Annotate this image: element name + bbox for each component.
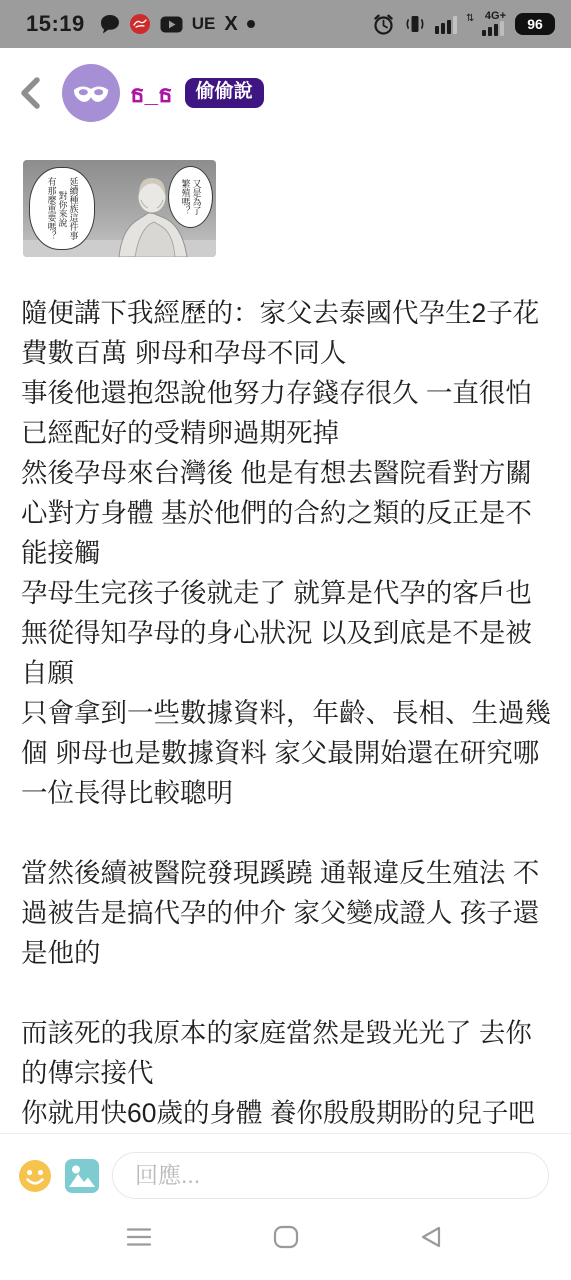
chevron-left-icon	[18, 76, 42, 110]
app-screen: 15:19 UE X	[0, 0, 571, 1280]
smiley-face-icon	[18, 1159, 52, 1193]
post-paragraph: 事後他還抱怨說他努力存錢存很久 一直很怕已經配好的受精卵過期死掉	[21, 373, 555, 453]
post-paragraph: 只會拿到一些數據資料，年齡、長相、生過幾個 卵母也是數據資料 家父最開始還在研究…	[21, 693, 555, 813]
uber-eats-notification-icon: UE	[192, 14, 216, 34]
vibrate-mode-icon	[404, 13, 426, 35]
data-arrows-icon: ⇅	[466, 14, 474, 24]
back-button[interactable]	[18, 76, 48, 110]
comment-bar	[0, 1134, 571, 1215]
comment-input[interactable]	[112, 1152, 549, 1199]
post-paragraph: 然後孕母來台灣後 他是有想去醫院看對方關心對方身體 基於他們的合約之類的反正是不…	[21, 453, 555, 573]
post-paragraph: 而該死的我原本的家庭當然是毀光光了 去你的傳宗接代	[21, 1013, 555, 1093]
home-square-icon	[273, 1225, 299, 1249]
status-bar: 15:19 UE X	[0, 0, 571, 48]
emoji-button[interactable]	[18, 1159, 52, 1193]
signal-strength-icon	[435, 14, 457, 34]
post-paragraph: 當然後續被醫院發現蹊蹺 通報違反生殖法 不過被告是搞代孕的仲介 家父變成證人 孩…	[21, 853, 555, 973]
secret-post-badge: 偷偷說	[185, 78, 264, 109]
x-twitter-notification-icon: X	[224, 13, 237, 36]
back-nav-button[interactable]	[419, 1225, 443, 1249]
post-body: 隨便講下我經歷的：家父去泰國代孕生2子花費數百萬 卵母和孕母不同人 事後他還抱怨…	[0, 293, 571, 1133]
post-image-thumbnail[interactable]: 延續種族這件事 對你來說 有那麼重要嗎？ 又是為了 繁殖嗎？	[23, 160, 216, 257]
speech-bubble-left: 延續種族這件事 對你來說 有那麼重要嗎？	[29, 167, 95, 250]
post-paragraph: 孕母生完孩子後就走了 就算是代孕的客戶也無從得知孕母的身心狀況 以及到底是不是被…	[21, 573, 555, 693]
post-paragraph: 你就用快60歲的身體 養你殷殷期盼的兒子吧	[21, 1093, 555, 1133]
alarm-clock-icon	[372, 13, 395, 36]
recents-button[interactable]	[126, 1227, 152, 1247]
mobile-network-4g-icon: ⇅ 4G+	[466, 11, 506, 37]
chat-bubble-notification-icon	[100, 14, 120, 35]
post-paragraph-blank	[21, 813, 555, 853]
home-button[interactable]	[273, 1225, 299, 1249]
android-navigation-bar	[0, 1204, 571, 1280]
battery-indicator: 96	[515, 13, 555, 35]
red-app-notification-icon	[129, 13, 151, 35]
more-notifications-dot-icon	[247, 20, 255, 28]
youtube-notification-icon	[160, 16, 183, 33]
menu-lines-icon	[126, 1227, 152, 1247]
post-paragraph: 隨便講下我經歷的：家父去泰國代孕生2子花費數百萬 卵母和孕母不同人	[21, 293, 555, 373]
attach-image-button[interactable]	[65, 1159, 99, 1193]
post-paragraph-blank	[21, 973, 555, 1013]
clock-time: 15:19	[26, 11, 85, 37]
avatar[interactable]	[62, 64, 120, 122]
username[interactable]: ธ_ธ	[130, 74, 173, 113]
post-header: ธ_ธ 偷偷說	[0, 48, 571, 122]
speech-bubble-right: 又是為了 繁殖嗎？	[168, 166, 213, 228]
back-triangle-icon	[419, 1225, 443, 1249]
masquerade-mask-icon	[73, 83, 109, 104]
picture-icon	[65, 1159, 99, 1193]
